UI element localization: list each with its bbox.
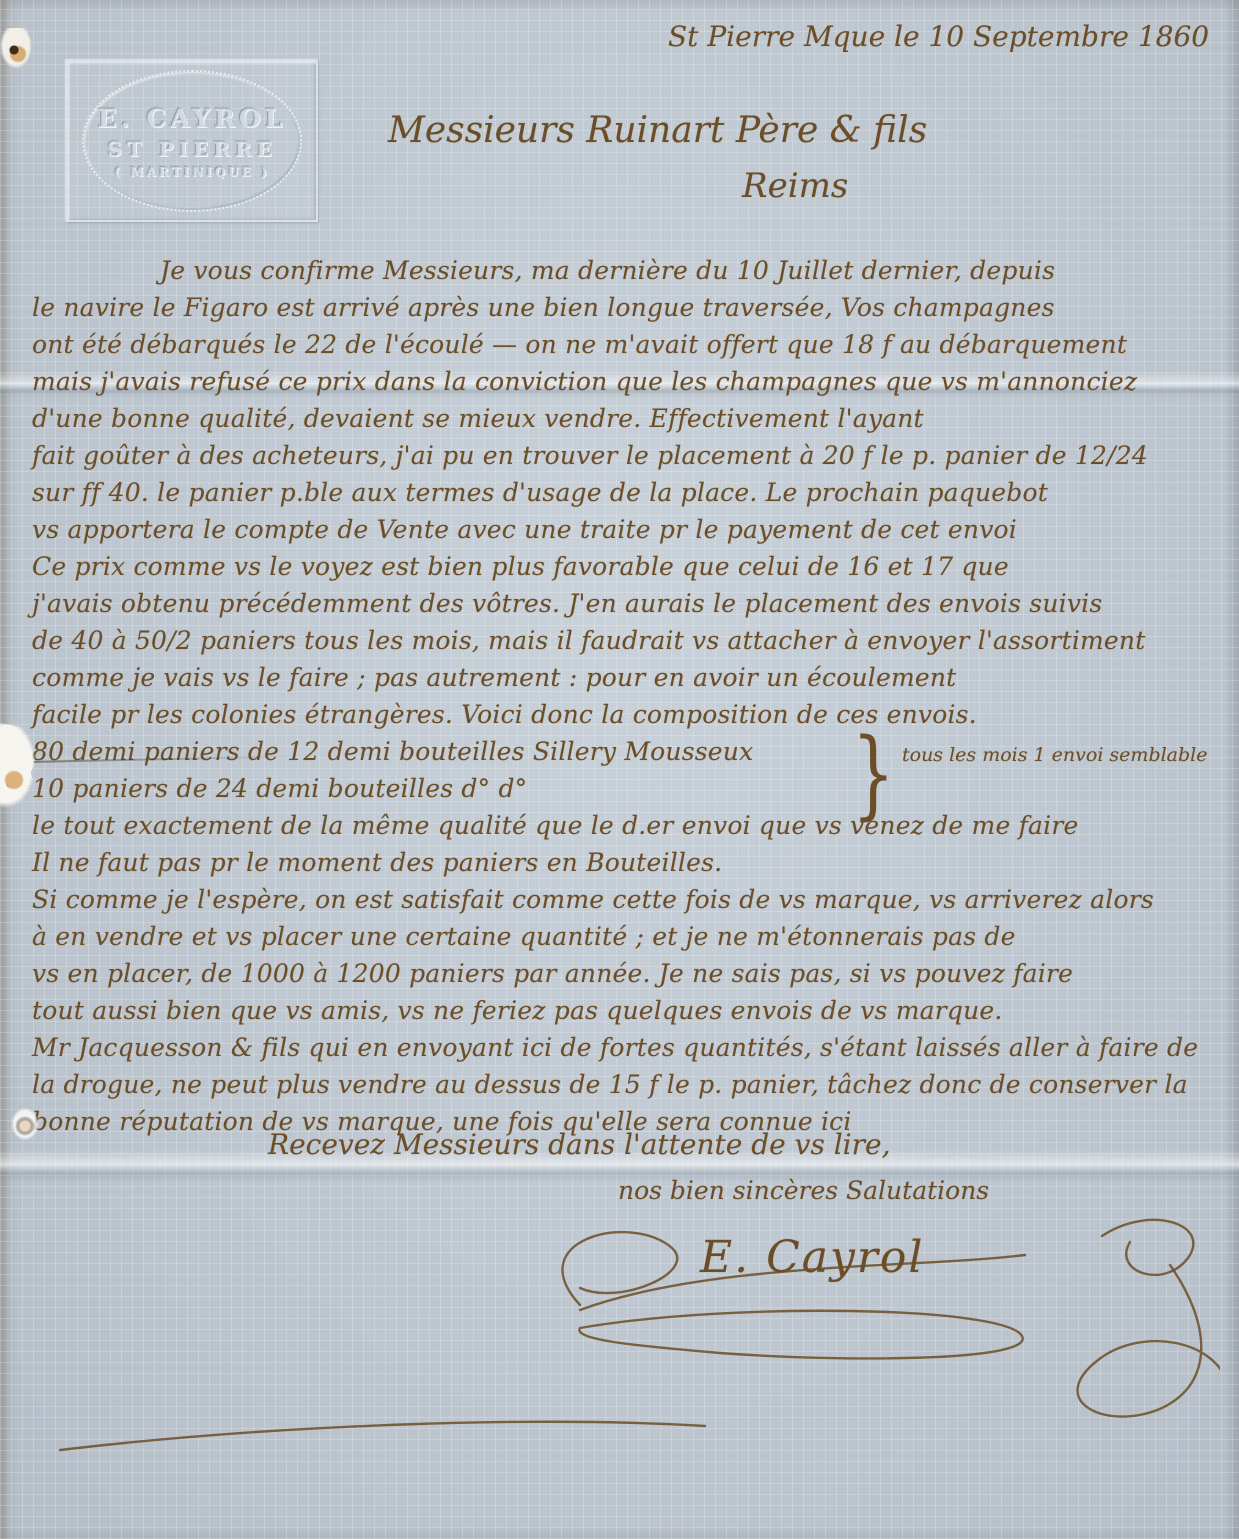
letter-line: j'avais obtenu précédemment des vôtres. … — [32, 585, 1224, 622]
letter-line: tout aussi bien que vs amis, vs ne ferie… — [32, 992, 1224, 1029]
recipient-name: Messieurs Ruinart Père & fils — [388, 110, 927, 151]
letter-line: Mr Jacquesson & fils qui en envoyant ici… — [32, 1029, 1224, 1066]
letter-line: d'une bonne qualité, devaient se mieux v… — [32, 400, 1224, 437]
stamp-city: ST PIERRE — [107, 137, 276, 161]
letter-line: vs apportera le compte de Vente avec une… — [32, 511, 1224, 548]
closing-salutation: nos bien sincères Salutations — [618, 1176, 989, 1205]
letter-line: de 40 à 50/2 paniers tous les mois, mais… — [32, 622, 1224, 659]
letter-line: le tout exactement de la même qualité qu… — [32, 807, 1224, 844]
stamp-name: E. CAYROL — [98, 104, 287, 133]
letter-line: Ce prix comme vs le voyez est bien plus … — [32, 548, 1224, 585]
dateline: St Pierre Mque le 10 Septembre 1860 — [668, 20, 1209, 53]
brace-note: tous les mois 1 envoi semblable — [902, 744, 1208, 766]
letter-line: fait goûter à des acheteurs, j'ai pu en … — [32, 437, 1224, 474]
letter-line: 10 paniers de 24 demi bouteilles d° d° — [32, 770, 1224, 807]
letter-line: sur ff 40. le panier p.ble aux termes d'… — [32, 474, 1224, 511]
closing-line: Recevez Messieurs dans l'attente de vs l… — [268, 1128, 890, 1161]
brace-glyph: } — [852, 718, 895, 830]
letter-line: mais j'avais refusé ce prix dans la conv… — [32, 363, 1224, 400]
embossed-letterhead-stamp: E. CAYROL ST PIERRE ( MARTINIQUE ) — [66, 60, 318, 222]
paper-hole-lower — [10, 1108, 42, 1144]
letter-line: le navire le Figaro est arrivé après une… — [32, 289, 1224, 326]
letter-line: la drogue, ne peut plus vendre au dessus… — [32, 1066, 1224, 1103]
stamp-region: ( MARTINIQUE ) — [114, 165, 269, 179]
paper-hole-top — [0, 28, 34, 72]
recipient-city: Reims — [742, 166, 848, 206]
letter-line: comme je vais vs le faire ; pas autremen… — [32, 659, 1224, 696]
letter-page: E. CAYROL ST PIERRE ( MARTINIQUE ) St Pi… — [0, 0, 1239, 1539]
letter-line: vs en placer, de 1000 à 1200 paniers par… — [32, 955, 1224, 992]
signature-name: E. Cayrol — [700, 1232, 924, 1283]
stamp-oval-border: E. CAYROL ST PIERRE ( MARTINIQUE ) — [82, 70, 302, 212]
letter-line: Il ne faut pas pr le moment des paniers … — [32, 844, 1224, 881]
letter-body: Je vous confirme Messieurs, ma dernière … — [32, 252, 1224, 1140]
letter-line: à en vendre et vs placer une certaine qu… — [32, 918, 1224, 955]
letter-line: Je vous confirme Messieurs, ma dernière … — [32, 252, 1224, 289]
signature-flourish — [20, 1210, 1220, 1490]
letter-line: Si comme je l'espère, on est satisfait c… — [32, 881, 1224, 918]
letter-line: facile pr les colonies étrangères. Voici… — [32, 696, 1224, 733]
letter-line: ont été débarqués le 22 de l'écoulé — on… — [32, 326, 1224, 363]
